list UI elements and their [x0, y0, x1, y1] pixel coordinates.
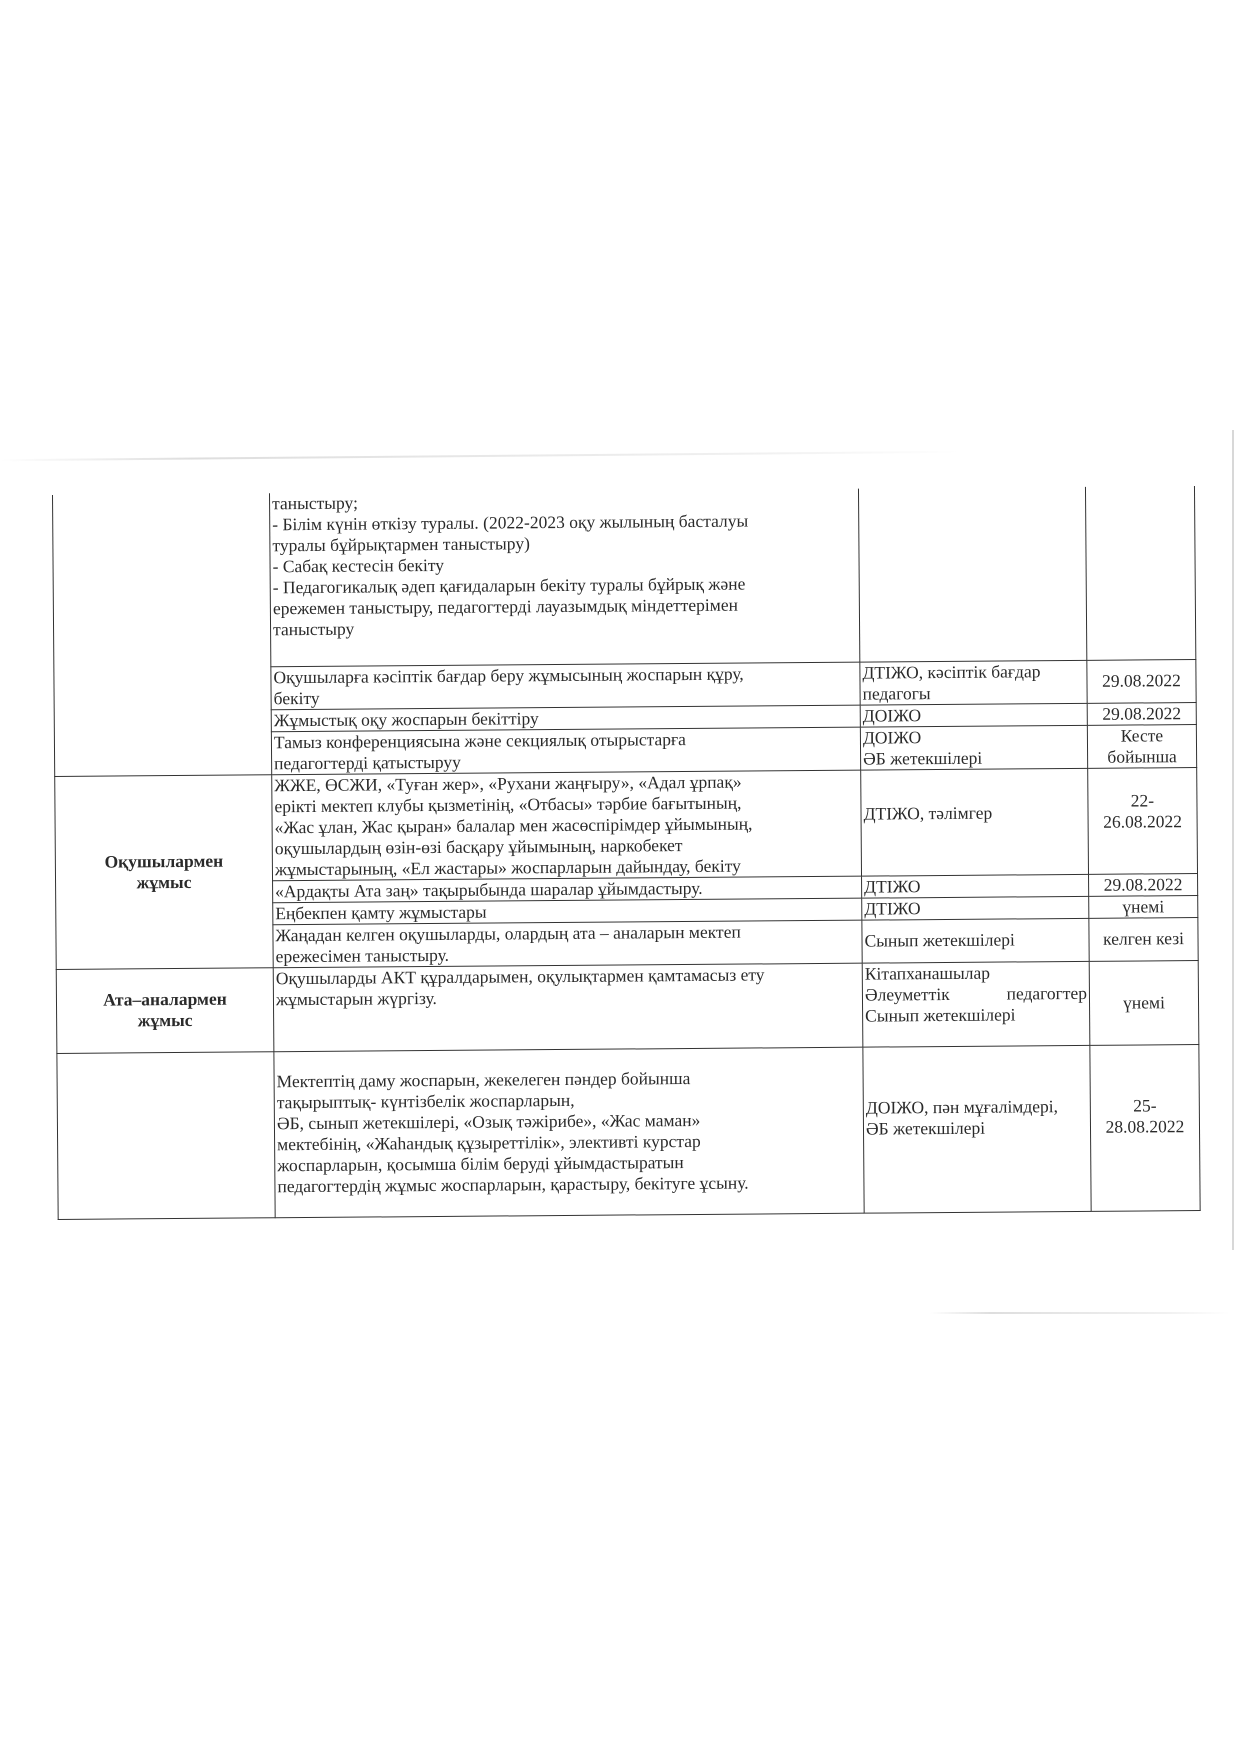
- date-cell: [1085, 486, 1195, 660]
- activity-cell: таныстыру; - Білім күнін өткізу туралы. …: [269, 489, 859, 667]
- date-cell: 29.08.2022: [1087, 702, 1196, 725]
- date-value: үнемі: [1091, 896, 1195, 918]
- section-title: Ата–аналармен: [59, 988, 271, 1011]
- date-cell: 29.08.2022: [1087, 659, 1196, 703]
- responsible-cell: Кітапханашылар Әлеуметтік педагогтер Сын…: [862, 961, 1090, 1047]
- scan-artifact-bottom: [930, 1312, 1230, 1314]
- responsible-line: ДТІЖО, кәсіптік бағдар: [862, 660, 1084, 683]
- responsible-cell: [858, 487, 1086, 662]
- responsible-line: педагогы: [863, 681, 1085, 704]
- responsible-line: ДОІЖО: [863, 703, 1085, 726]
- date-cell: 29.08.2022: [1089, 873, 1198, 896]
- work-plan-table: таныстыру; - Білім күнін өткізу туралы. …: [52, 486, 1201, 1219]
- date-value: 22-: [1090, 790, 1194, 812]
- responsible-cell: ДТІЖО: [862, 896, 1089, 920]
- date-value: бойынша: [1090, 746, 1194, 768]
- responsible-line: ӘБ жетекшілері: [866, 1117, 1088, 1140]
- activity-cell: Оқушыларды АКТ құралдарымен, оқулықтарме…: [273, 963, 863, 1052]
- responsible-cell: ДОІЖО: [860, 703, 1087, 727]
- section-title: жұмыс: [59, 1009, 271, 1032]
- activity-cell: Оқушыларға кәсіптік бағдар беру жұмысыны…: [271, 662, 860, 710]
- table-row: Оқушылармен жұмыс ЖЖЕ, ӨСЖИ, «Туған жер»…: [55, 767, 1198, 882]
- responsible-line: Сынып жетекшілері: [864, 929, 1086, 952]
- date-cell: Кесте бойынша: [1087, 724, 1196, 768]
- page-edge: [1232, 430, 1234, 1250]
- responsible-line: ДТІЖО: [864, 896, 1086, 919]
- date-value: 26.08.2022: [1091, 811, 1195, 833]
- activity-cell: ЖЖЕ, ӨСЖИ, «Туған жер», «Рухани жаңғыру»…: [272, 770, 862, 881]
- date-cell: үнемі: [1089, 895, 1198, 918]
- date-value: 29.08.2022: [1089, 670, 1193, 692]
- responsible-cell: Сынып жетекшілері: [862, 918, 1089, 963]
- date-cell: 22- 26.08.2022: [1088, 767, 1198, 874]
- date-value: 29.08.2022: [1091, 874, 1195, 896]
- responsible-cell: ДТІЖО, тәлімгер: [861, 768, 1089, 876]
- responsible-line: ДТІЖО, тәлімгер: [863, 801, 1085, 824]
- section-cell: [52, 493, 271, 776]
- activity-line: жұмыстарын жүргізу.: [276, 984, 860, 1010]
- responsible-cell: ДТІЖО, кәсіптік бағдар педагогы: [860, 660, 1087, 705]
- table-row: таныстыру; - Білім күнін өткізу туралы. …: [52, 486, 1195, 668]
- table-row: Мектептің даму жоспарын, жекелеген пәнде…: [57, 1044, 1200, 1219]
- section-title: Оқушылармен: [58, 850, 270, 873]
- section-title: жұмыс: [58, 871, 270, 894]
- date-value: Кесте: [1090, 725, 1194, 747]
- activity-cell: Мектептің даму жоспарын, жекелеген пәнде…: [274, 1047, 864, 1218]
- date-cell: келген кезі: [1089, 917, 1198, 961]
- responsible-cell: ДОІЖО, пән мұғалімдері, ӘБ жетекшілері: [863, 1045, 1091, 1213]
- table-row: Ата–аналармен жұмыс Оқушыларды АКТ құрал…: [56, 960, 1199, 1053]
- date-cell: үнемі: [1089, 960, 1199, 1045]
- responsible-line: ДОІЖО, пән мұғалімдері,: [866, 1096, 1088, 1119]
- activity-line: педагогтердің жұмыс жоспарларын, қарасты…: [277, 1172, 861, 1198]
- responsible-cell: ДОІЖО ӘБ жетекшілері: [860, 725, 1087, 770]
- activity-cell: Жаңадан келген оқушыларды, олардың ата –…: [273, 920, 862, 968]
- responsible-line: Әлеуметтік педагогтер: [865, 982, 1087, 1005]
- scan-artifact-top: [0, 451, 960, 461]
- responsible-line: ДТІЖО: [864, 874, 1086, 897]
- responsible-cell: ДТІЖО: [862, 874, 1089, 898]
- section-cell: [57, 1051, 275, 1219]
- activity-cell: Тамыз конференциясына және секциялық оты…: [271, 727, 860, 775]
- date-value: 25-: [1093, 1095, 1197, 1117]
- responsible-line: ӘБ жетекшілері: [863, 746, 1085, 769]
- responsible-line: Сынып жетекшілері: [865, 1003, 1087, 1026]
- date-value: келген кезі: [1091, 928, 1195, 950]
- responsible-line: Кітапханашылар: [865, 961, 1087, 984]
- date-value: үнемі: [1092, 992, 1196, 1014]
- responsible-line: ДОІЖО: [863, 725, 1085, 748]
- date-cell: 25- 28.08.2022: [1090, 1044, 1200, 1211]
- date-value: 28.08.2022: [1093, 1116, 1197, 1138]
- date-value: 29.08.2022: [1090, 703, 1194, 725]
- section-cell-parents: Ата–аналармен жұмыс: [56, 967, 274, 1053]
- section-cell-students: Оқушылармен жұмыс: [55, 774, 274, 969]
